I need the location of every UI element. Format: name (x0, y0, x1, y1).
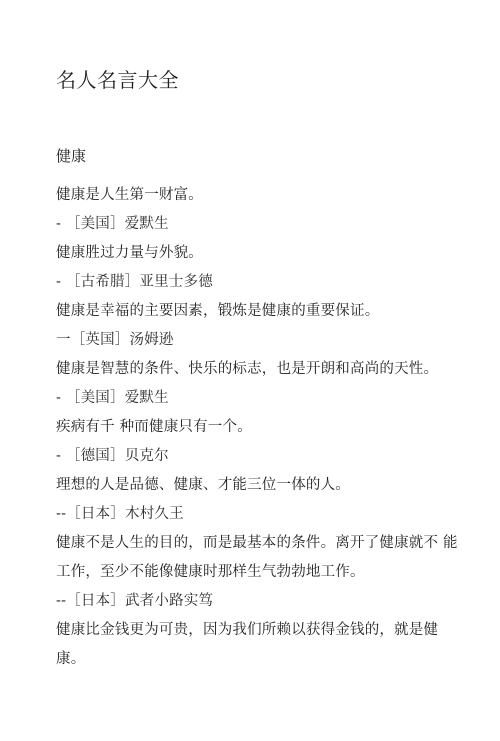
quote-line: 健康是智慧的条件、快乐的标志，也是开朗和高尚的天性。 (56, 359, 476, 388)
quote-line: 康。 (56, 649, 476, 678)
quote-line: 健康不是人生的目的，而是最基本的条件。离开了健康就不 能 (56, 533, 476, 562)
quote-line: 理想的人是品德、健康、才能三位一体的人。 (56, 475, 476, 504)
attribution-line: - ［美国］爱默生 (56, 388, 476, 417)
quote-line: 疾病有千 种而健康只有一个。 (56, 417, 476, 446)
attribution-line: --［日本］武者小路实笃 (56, 591, 476, 620)
quote-line: 健康胜过力量与外貌。 (56, 243, 476, 272)
attribution-line: - ［德国］贝克尔 (56, 446, 476, 475)
quote-line: 健康是人生第一财富。 (56, 185, 476, 214)
attribution-line: - ［古希腊］亚里士多德 (56, 272, 476, 301)
quote-line: 工作，至少不能像健康时那样生气勃勃地工作。 (56, 562, 476, 591)
attribution-line: - ［美国］爱默生 (56, 214, 476, 243)
page-title: 名人名言大全 (56, 68, 179, 92)
quote-list: 健康是人生第一财富。 - ［美国］爱默生 健康胜过力量与外貌。 - ［古希腊］亚… (56, 185, 476, 678)
document-page: 名人名言大全 健康 健康是人生第一财富。 - ［美国］爱默生 健康胜过力量与外貌… (0, 0, 500, 741)
quote-line: 健康比金钱更为可贵，因为我们所赖以获得金钱的，就是健 (56, 620, 476, 649)
attribution-line: --［日本］木村久王 (56, 504, 476, 533)
quote-line: 健康是幸福的主要因素，锻炼是健康的重要保证。 (56, 301, 476, 330)
section-heading: 健康 (56, 146, 86, 166)
attribution-line: 一［英国］汤姆逊 (56, 330, 476, 359)
